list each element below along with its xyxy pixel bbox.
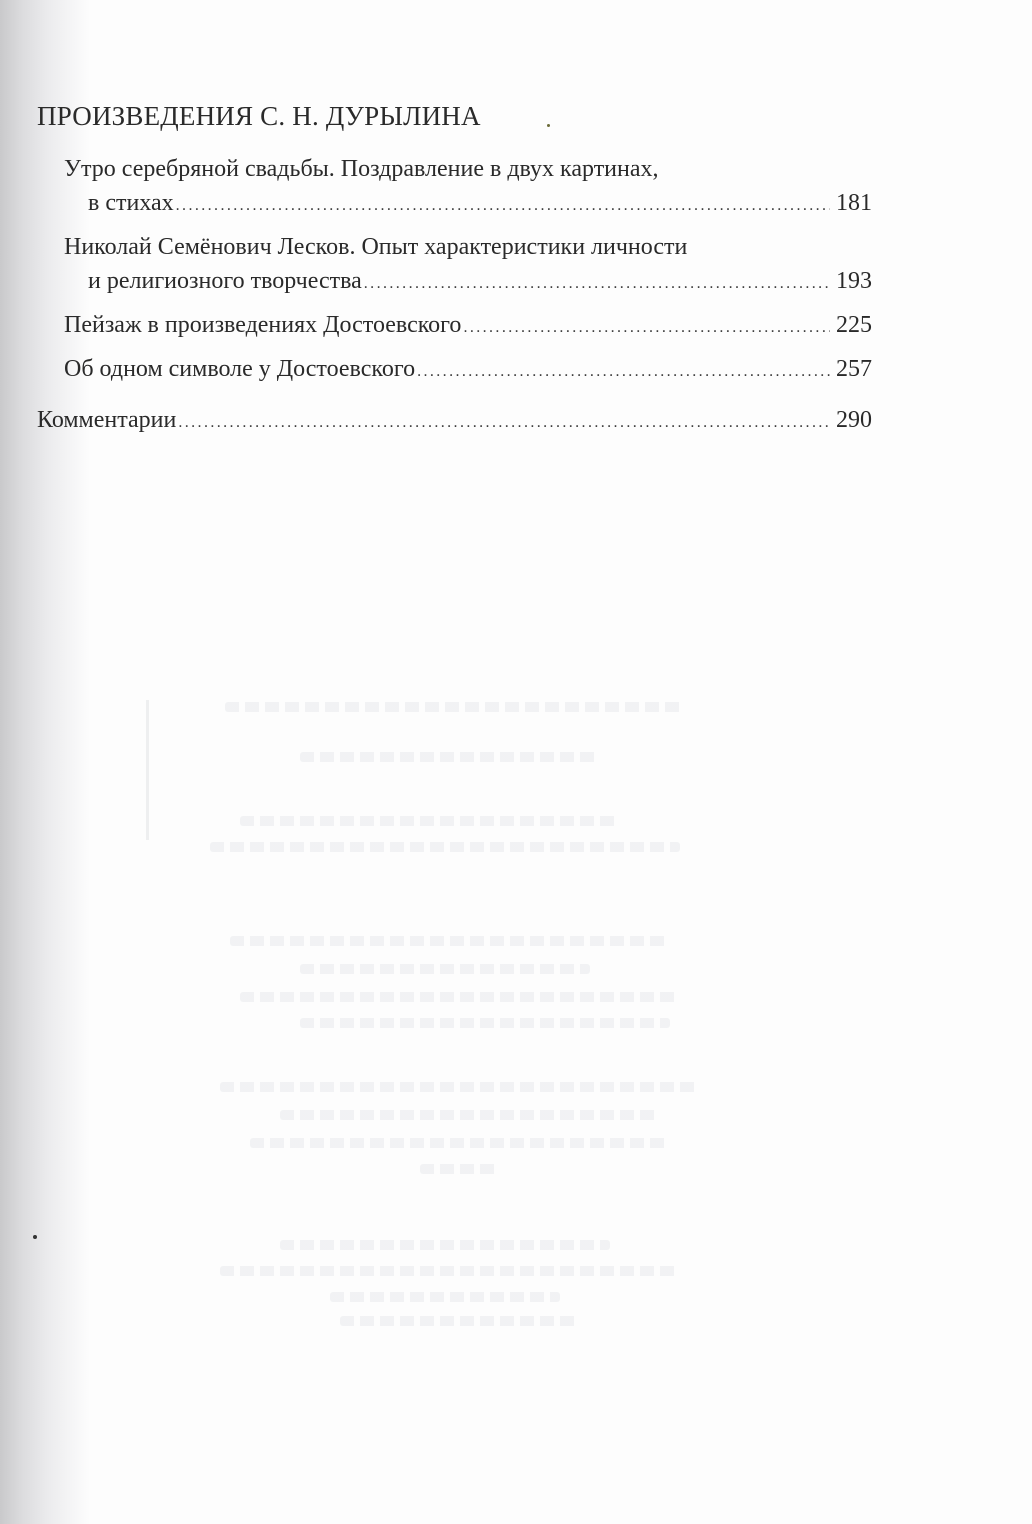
toc-entry-commentary[interactable]: Комментарии 290 — [37, 403, 872, 440]
toc-entry-title: Николай Семёнович Лесков. Опыт характери… — [64, 230, 872, 264]
toc-entry-line: Об одном символе у Достоевского 257 — [64, 352, 872, 389]
show-through-text — [210, 842, 680, 852]
toc-entry[interactable]: Утро серебряной свадьбы. Поздравление в … — [37, 152, 872, 223]
show-through-text — [330, 1292, 560, 1302]
show-through-text — [225, 702, 685, 712]
toc-entry-title-cont: и религиозного творчества — [88, 264, 362, 298]
toc-entry-title-cont: в стихах — [88, 186, 174, 220]
show-through-text — [300, 1018, 670, 1028]
dot-leader — [417, 355, 830, 389]
toc-entry-title: Пейзаж в произведениях Достоевского — [64, 308, 461, 342]
toc-entry-title: Об одном символе у Достоевского — [64, 352, 415, 386]
show-through-mark — [146, 700, 149, 840]
dot-leader — [463, 311, 830, 345]
toc-entry-line: Комментарии 290 — [37, 403, 872, 440]
show-through-text — [280, 1110, 660, 1120]
dot-leader — [176, 189, 830, 223]
toc-entry-title: Утро серебряной свадьбы. Поздравление в … — [64, 152, 872, 186]
show-through-text — [420, 1164, 500, 1174]
toc-page-number: 290 — [836, 403, 872, 437]
show-through-text — [220, 1082, 700, 1092]
toc-entry[interactable]: Пейзаж в произведениях Достоевского 225 — [37, 308, 872, 345]
show-through-text — [230, 936, 670, 946]
dot-leader — [178, 406, 830, 440]
toc-entry[interactable]: Об одном символе у Достоевского 257 — [37, 352, 872, 389]
table-of-contents: ПРОИЗВЕДЕНИЯ С. Н. ДУРЫЛИНА Утро серебря… — [37, 100, 872, 447]
toc-entry-continuation: и религиозного творчества 193 — [64, 264, 872, 301]
show-through-text — [250, 1138, 670, 1148]
show-through-text — [240, 992, 680, 1002]
toc-page-number: 225 — [836, 308, 872, 342]
show-through-text — [300, 964, 590, 974]
toc-page-number: 257 — [836, 352, 872, 386]
dot-leader — [364, 267, 830, 301]
show-through-text — [240, 816, 620, 826]
show-through-text — [340, 1316, 580, 1326]
toc-entry[interactable]: Николай Семёнович Лесков. Опыт характери… — [37, 230, 872, 301]
toc-page-number: 193 — [836, 264, 872, 298]
show-through-text — [300, 752, 600, 762]
toc-entry-line: Пейзаж в произведениях Достоевского 225 — [64, 308, 872, 345]
toc-page-number: 181 — [836, 186, 872, 220]
print-speck — [33, 1235, 37, 1239]
section-heading: ПРОИЗВЕДЕНИЯ С. Н. ДУРЫЛИНА — [37, 100, 872, 132]
show-through-text — [280, 1240, 610, 1250]
toc-entry-continuation: в стихах 181 — [64, 186, 872, 223]
show-through-text — [220, 1266, 680, 1276]
toc-entry-title: Комментарии — [37, 403, 176, 437]
